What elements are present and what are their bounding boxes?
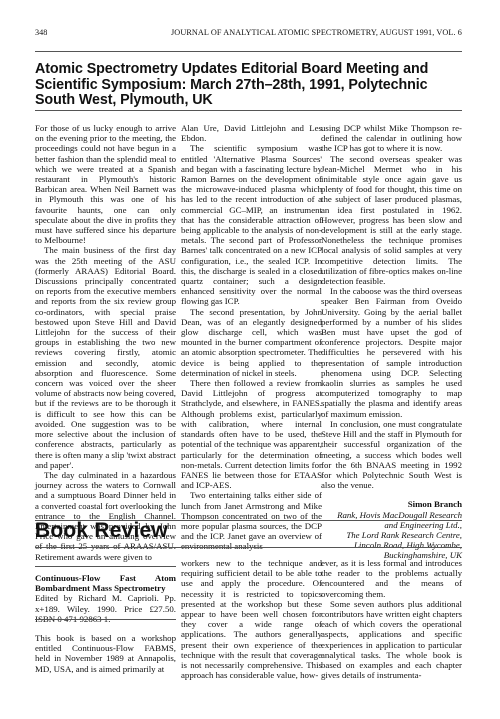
paragraph: The main business of the first day was t… — [35, 245, 176, 469]
book-review-rule — [35, 547, 462, 548]
article-column-2: Alan Ure, David Littlejohn and Les Ebdon… — [181, 123, 322, 552]
affiliation-line: Lincoln Road, High Wycombe, — [321, 540, 462, 550]
paragraph: In conclusion, one must congratulate Ste… — [321, 419, 462, 490]
book-review-heading: Book Review — [35, 519, 168, 543]
journal-title: JOURNAL OF ANALYTICAL ATOMIC SPECTROMETR… — [171, 28, 462, 37]
affiliation-line: Rank, Hovis MacDougall Research — [321, 510, 462, 520]
page-number: 348 — [35, 28, 47, 37]
article-title: Atomic Spectrometry Updates Editorial Bo… — [35, 62, 465, 109]
book-box-top-rule — [35, 566, 176, 567]
author-name: Simon Branch — [321, 499, 462, 509]
paragraph: Some seven authors plus additional contr… — [321, 599, 462, 681]
article-column-3: using DCP whilst Mike Thompson re-define… — [321, 123, 462, 561]
author-signature: Simon Branch Rank, Hovis MacDougall Rese… — [321, 499, 462, 560]
paragraph: workers new to the technique and requiri… — [181, 558, 322, 680]
affiliation-line: and Engineering Ltd., — [321, 520, 462, 530]
paragraph: The scientific symposium was entitled 'A… — [181, 143, 322, 306]
title-rule — [35, 110, 462, 111]
paragraph: using DCP whilst Mike Thompson re-define… — [321, 123, 462, 154]
paragraph: Alan Ure, David Littlejohn and Les Ebdon… — [181, 123, 322, 143]
header-rule — [35, 51, 462, 52]
paragraph: ever, as it is less formal and introduce… — [321, 558, 462, 599]
review-column-1: This book is based on a workshop entitle… — [35, 633, 176, 674]
paragraph: The second overseas speaker was Jean-Mic… — [321, 154, 462, 287]
book-box-bottom-rule — [35, 619, 176, 620]
book-title: Continuous-Flow Fast Atom Bombardment Ma… — [35, 573, 176, 593]
paragraph: The second presentation, by John Dean, w… — [181, 307, 322, 378]
paragraph: This book is based on a workshop entitle… — [35, 633, 176, 674]
paragraph: For those of us lucky enough to arrive o… — [35, 123, 176, 245]
paragraph: In the caboose was the third overseas sp… — [321, 286, 462, 419]
review-column-2: workers new to the technique and requiri… — [181, 558, 322, 680]
book-info: Continuous-Flow Fast Atom Bombardment Ma… — [35, 573, 176, 624]
article-column-1: For those of us lucky enough to arrive o… — [35, 123, 176, 562]
paragraph: There then followed a review from David … — [181, 378, 322, 490]
running-head: 348 JOURNAL OF ANALYTICAL ATOMIC SPECTRO… — [35, 28, 462, 40]
review-column-3: ever, as it is less formal and introduce… — [321, 558, 462, 680]
affiliation-line: The Lord Rank Research Centre, — [321, 530, 462, 540]
